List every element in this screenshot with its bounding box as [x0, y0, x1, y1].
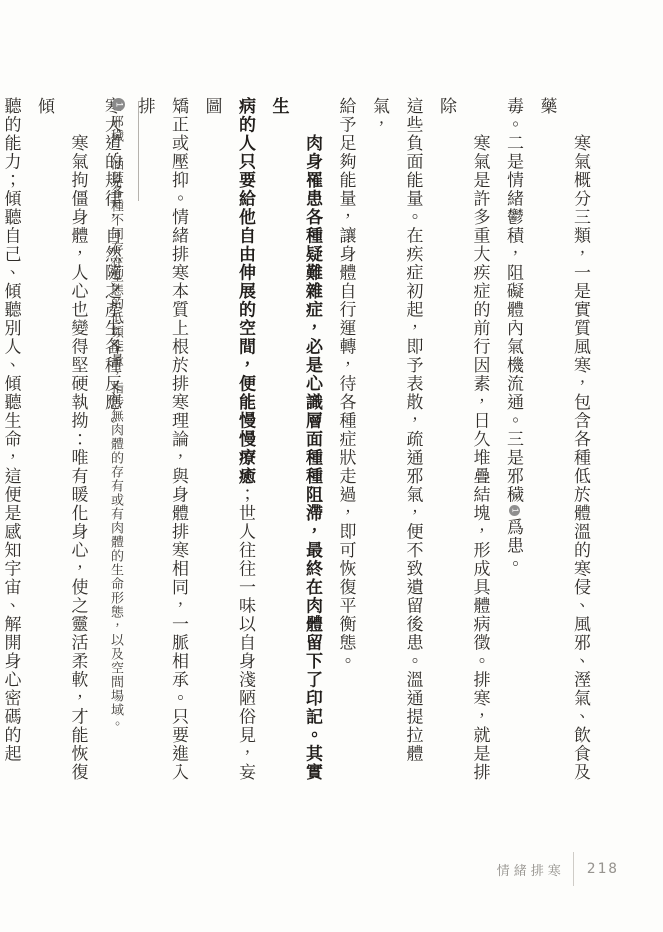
page-number: 218: [587, 861, 619, 877]
text-column-2: 毒。二是情緒鬱積，阻礙體內氣機流通。三是邪穢1爲患。: [497, 97, 531, 799]
footnote-marker-icon: 1: [112, 98, 125, 111]
footnote-ref-marker: 1: [509, 505, 520, 516]
text-column-7: 病的人只要給他自由伸展的空間，便能慢慢療癒；世人往往一味以自身淺陋俗見，妄圖: [195, 97, 262, 799]
running-book-title: 情緒排寒: [497, 860, 565, 879]
footer-divider: [573, 852, 574, 886]
column-text-bold: 病的人只要給他自由伸展的空間，便能慢慢療癒: [236, 97, 255, 486]
text-column-1: 寒氣概分三類，一是實質風寒，包含各種低於體溫的寒侵、風邪、溼氣、飲食及藥: [530, 97, 597, 799]
column-text: 寒氣拘僵身體，人心也變得堅硬執拗：唯有暖化身心，使之靈活柔軟，才能恢復傾: [35, 97, 88, 782]
footnote: 1邪穢：涵蓋各種不同存在型態的低頻能量，指涉無肉體的存有或有肉體的生命形態，以及…: [104, 97, 128, 757]
text-column-8: 矯正或壓抑。情緒排寒本質上根於排寒理論，與身體排寒相同，一脈相承。只要進入排: [128, 97, 195, 799]
footnote-text: 邪穢：涵蓋各種不同存在型態的低頻能量，指涉無肉體的存有或有肉體的生命形態，以及空…: [109, 115, 124, 731]
column-text: 給予足夠能量，讓身體自行運轉，待各種症狀走過，即可恢復平衡態。: [337, 97, 356, 671]
body-text: 寒氣概分三類，一是實質風寒，包含各種低於體溫的寒侵、風邪、溼氣、飲食及藥 毒。二…: [0, 97, 597, 799]
page-footer: 情緒排寒 218: [497, 852, 619, 886]
column-text: 矯正或壓抑。情緒排寒本質上根於排寒理論，與身體排寒相同，一脈相承。只要進入排: [136, 97, 189, 782]
text-column-4: 這些負面能量。在疾症初起，即予表散，疏通邪氣，便不致遺留後患。溫通提拉體氣，: [363, 97, 430, 799]
column-text: 爲患。: [504, 518, 523, 574]
footnote-divider: [138, 101, 139, 201]
column-text: 寒氣概分三類，一是實質風寒，包含各種低於體溫的寒侵、風邪、溼氣、飲食及藥: [538, 97, 591, 782]
text-column-11: 聽的能力；傾聽自己、傾聽別人、傾聽生命，這便是感知宇宙、解開身心密碼的起點。: [0, 97, 28, 799]
text-column-10: 寒氣拘僵身體，人心也變得堅硬執拗：唯有暖化身心，使之靈活柔軟，才能恢復傾: [28, 97, 95, 799]
column-text: 寒氣是許多重大疾症的前行因素，日久堆疊結塊，形成具體病徵。排寒，就是排除: [437, 97, 490, 782]
text-column-6: 肉身罹患各種疑難雜症，必是心識層面種種阻滯，最終在肉體留下了印記。其實生: [262, 97, 329, 799]
column-text-bold: 肉身罹患各種疑難雜症，必是心識層面種種阻滯，最終在肉體留下了印記。其實生: [270, 97, 323, 782]
column-text: 聽的能力；傾聽自己、傾聽別人、傾聽生命，這便是感知宇宙、解開身心密碼的起點。: [0, 97, 21, 763]
text-column-3: 寒氣是許多重大疾症的前行因素，日久堆疊結塊，形成具體病徵。排寒，就是排除: [430, 97, 497, 799]
text-column-5: 給予足夠能量，讓身體自行運轉，待各種症狀走過，即可恢復平衡態。: [329, 97, 363, 799]
column-text: 這些負面能量。在疾症初起，即予表散，疏通邪氣，便不致遺留後患。溫通提拉體氣，: [370, 97, 423, 763]
book-page: 寒氣概分三類，一是實質風寒，包含各種低於體溫的寒侵、風邪、溼氣、飲食及藥 毒。二…: [0, 0, 663, 932]
column-text: 毒。二是情緒鬱積，阻礙體內氣機流通。三是邪穢: [504, 97, 523, 504]
